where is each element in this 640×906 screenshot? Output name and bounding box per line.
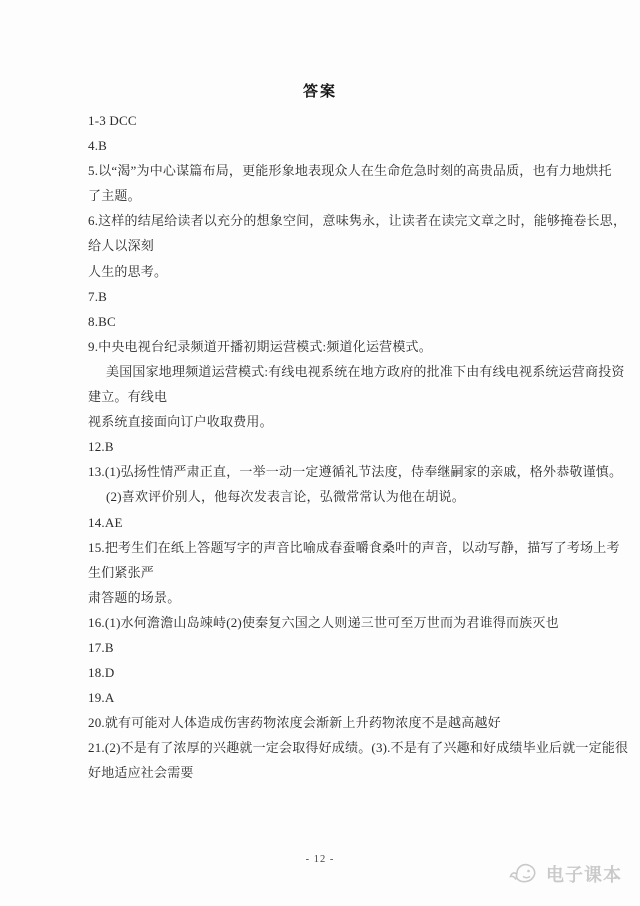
answer-line: 12.B — [88, 434, 588, 459]
answer-line: 7.B — [88, 284, 588, 309]
answer-line: 5.以“渴”为中心谋篇布局，更能形象地表现众人在生命危急时刻的高贵品质，也有力地… — [88, 158, 588, 183]
answer-line: 好地适应社会需要 — [88, 760, 588, 785]
answer-line: 19.A — [88, 685, 588, 710]
answer-line: 15.把考生们在纸上答题写字的声音比喻成春蚕嚼食桑叶的声音，以动写静，描写了考场… — [88, 535, 588, 560]
page-title: 答案 — [0, 80, 640, 101]
answer-line: 视系统直接面向订户收取费用。 — [88, 409, 588, 434]
answer-line: 8.BC — [88, 309, 588, 334]
answer-line: 13.(1)弘扬性情严肃正直，一举一动一定遵循礼节法度，侍奉继嗣家的亲戚，格外恭… — [88, 459, 588, 484]
answer-line: 4.B — [88, 133, 588, 158]
whale-logo-icon — [509, 860, 539, 887]
answer-line: 1-3 DCC — [88, 108, 588, 133]
answer-line: (2)喜欢评价别人，他每次发表言论，弘微常常认为他在胡说。 — [88, 484, 588, 509]
publisher-watermark: 电子课本 — [509, 860, 622, 887]
answer-line: 16.(1)水何澹澹山岛竦峙(2)使秦复六国之人则递三世可至万世而为君谁得而族灭… — [88, 610, 588, 635]
answer-line: 14.AE — [88, 510, 588, 535]
answer-line: 20.就有可能对人体造成伤害药物浓度会渐新上升药物浓度不是越高越好 — [88, 710, 588, 735]
answer-line: 人生的思考。 — [88, 259, 588, 284]
answer-line: 18.D — [88, 660, 588, 685]
answer-line: 了主题。 — [88, 183, 588, 208]
answer-line: 21.(2)不是有了浓厚的兴趣就一定会取得好成绩。(3).不是有了兴趣和好成绩毕… — [88, 735, 588, 760]
answer-line: 生们紧张严 — [88, 560, 588, 585]
answer-line: 9.中央电视台纪录频道开播初期运营模式:频道化运营模式。 — [88, 334, 588, 359]
answer-line: 给人以深刻 — [88, 233, 588, 258]
watermark-label: 电子课本 — [546, 861, 622, 887]
answer-lines: 1-3 DCC4.B5.以“渴”为中心谋篇布局，更能形象地表现众人在生命危急时刻… — [88, 108, 588, 786]
answer-line: 美国国家地理频道运营模式:有线电视系统在地方政府的批准下由有线电视系统运营商投资 — [88, 359, 588, 384]
answer-sheet-page: 答案 1-3 DCC4.B5.以“渴”为中心谋篇布局，更能形象地表现众人在生命危… — [0, 0, 640, 906]
answer-line: 6.这样的结尾给读者以充分的想象空间，意味隽永，让读者在读完文章之时，能够掩卷长… — [88, 208, 588, 233]
answer-line: 肃答题的场景。 — [88, 585, 588, 610]
answer-line: 17.B — [88, 635, 588, 660]
answer-line: 建立。有线电 — [88, 384, 588, 409]
